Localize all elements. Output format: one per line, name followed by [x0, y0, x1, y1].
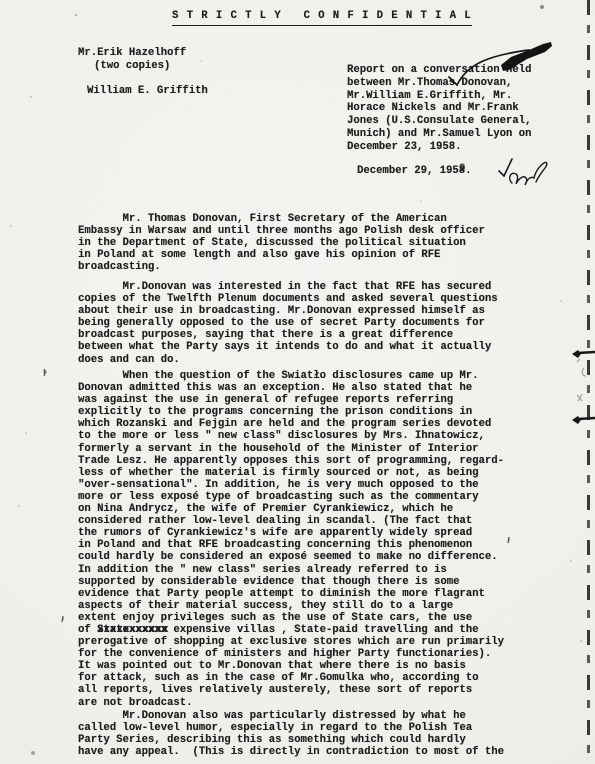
- document-page: S T R I C T L Y C O N F I D E N T I A L …: [0, 0, 595, 764]
- paragraph-3: When the question of the Swiatło disclos…: [78, 370, 504, 709]
- pencil-margin-marks: [577, 359, 586, 401]
- margin-dash-mark-top: [572, 350, 595, 358]
- paper-noise: [75, 14, 77, 16]
- recipient-name-2: William E. Griffith: [87, 85, 208, 97]
- overstruck-digit: 9: [459, 163, 465, 175]
- pen-checkmark-icon: [499, 159, 512, 176]
- paragraph-4: Mr.Donovan also was particularly distres…: [78, 710, 504, 758]
- classification-header: S T R I C T L Y C O N F I D E N T I A L: [172, 10, 472, 26]
- paragraph-1: Mr. Thomas Donovan, First Secretary of t…: [78, 213, 485, 273]
- page-edge-line: [587, 0, 590, 764]
- recipient-copies-note: (two copies): [94, 60, 170, 72]
- paragraph-2: Mr.Donovan was interested in the fact th…: [78, 281, 498, 366]
- typed-over-word: xxxxxxxxxxx: [97, 624, 169, 636]
- pen-scribble-icon: [510, 162, 547, 185]
- recipient-name: Mr.Erik Hazelhoff: [78, 47, 186, 59]
- date-line: December 29, 1958.: [357, 165, 471, 177]
- margin-dash-mark-bottom: [572, 416, 595, 424]
- subject-block: Report on a conversation held between Mr…: [347, 64, 531, 153]
